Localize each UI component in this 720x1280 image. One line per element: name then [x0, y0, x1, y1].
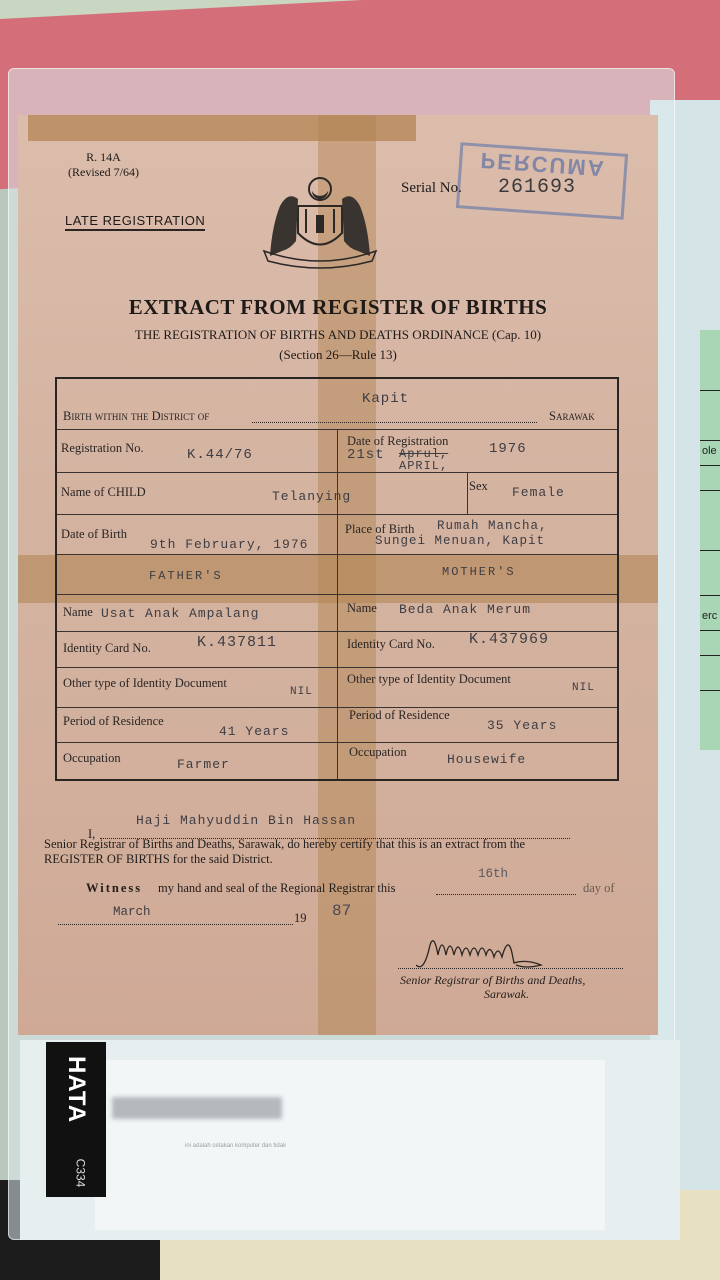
mother-occupation-label: Occupation — [349, 745, 407, 760]
form-fragment-text: ole — [702, 445, 717, 457]
district-value: Kapit — [362, 391, 409, 407]
witness-label: Witness — [86, 881, 142, 896]
day-value: 16th — [478, 867, 508, 881]
certification-line2: REGISTER OF BIRTHS for the said District… — [44, 852, 273, 867]
mother-other-doc-value: NIL — [572, 682, 595, 694]
serial-number: 261693 — [498, 176, 576, 199]
green-form-fragment: ole erc — [700, 330, 720, 750]
certification-line1: Senior Registrar of Births and Deaths, S… — [44, 837, 525, 852]
mother-residence-value: 35 Years — [487, 718, 557, 733]
envelope-label — [95, 1060, 605, 1230]
mother-ic-label: Identity Card No. — [347, 637, 435, 652]
blurred-caption: ini adalah cetakan komputer dan tidak — [185, 1143, 286, 1149]
sex-value: Female — [512, 485, 565, 500]
mother-ic-value: K.437969 — [469, 631, 549, 648]
year-value: 87 — [332, 902, 351, 920]
form-fragment-text: erc — [702, 610, 717, 622]
father-residence-label: Period of Residence — [63, 714, 164, 729]
place-of-birth-line2: Sungei Menuan, Kapit — [375, 534, 545, 548]
father-other-doc-label: Other type of Identity Document — [63, 676, 227, 691]
section-line: (Section 26—Rule 13) — [18, 347, 658, 363]
father-heading: FATHER'S — [149, 569, 223, 583]
date-of-birth-label: Date of Birth — [61, 527, 127, 542]
birth-certificate: R. 14A (Revised 7/64) LATE REGISTRATION … — [18, 115, 658, 1035]
place-of-birth-line1: Rumah Mancha, — [437, 519, 548, 533]
day-of-label: day of — [583, 881, 615, 896]
registration-no-label: Registration No. — [61, 441, 144, 456]
child-name-value: Telanying — [272, 489, 351, 504]
district-label: Birth within the District of — [63, 409, 209, 424]
child-name-label: Name of CHILD — [61, 485, 146, 500]
date-of-birth-value: 9th February, 1976 — [150, 537, 308, 552]
father-ic-value: K.437811 — [197, 634, 277, 651]
mother-residence-label: Period of Residence — [349, 708, 450, 723]
mother-name-value: Beda Anak Merum — [399, 602, 531, 617]
mother-other-doc-label: Other type of Identity Document — [347, 672, 511, 687]
state-label: Sarawak — [549, 409, 595, 424]
mother-occupation-value: Housewife — [447, 752, 526, 767]
registrar-name: Haji Mahyuddin Bin Hassan — [136, 813, 356, 828]
witness-text: my hand and seal of the Regional Registr… — [158, 881, 395, 896]
father-ic-label: Identity Card No. — [63, 641, 151, 656]
sex-label: Sex — [469, 479, 488, 494]
registration-no-value: K.44/76 — [187, 447, 253, 463]
form-code-number: R. 14A — [68, 150, 139, 165]
mother-heading: MOTHER'S — [442, 565, 516, 579]
document-title: EXTRACT FROM REGISTER OF BIRTHS — [18, 295, 658, 320]
father-name-value: Usat Anak Ampalang — [101, 606, 259, 621]
late-registration-heading: LATE REGISTRATION — [65, 213, 205, 231]
form-code: R. 14A (Revised 7/64) — [68, 150, 139, 180]
signature-place: Sarawak. — [484, 987, 529, 1002]
month-value: March — [113, 905, 151, 919]
hata-tag-number: C334 — [73, 1159, 87, 1188]
father-other-doc-value: NIL — [290, 686, 313, 698]
serial-label: Serial No. — [401, 180, 462, 197]
date-of-registration-month: APRIL, — [399, 459, 448, 473]
redacted-bar — [112, 1097, 282, 1119]
date-of-registration-year: 1976 — [489, 441, 527, 457]
hata-tag: HATA C334 — [46, 1042, 106, 1197]
ordinance-line: THE REGISTRATION OF BIRTHS AND DEATHS OR… — [18, 327, 658, 343]
date-of-registration-day: 21st — [347, 447, 385, 463]
father-occupation-label: Occupation — [63, 751, 121, 766]
father-occupation-value: Farmer — [177, 757, 230, 772]
signature-title: Senior Registrar of Births and Deaths, — [400, 973, 585, 988]
mother-name-label: Name — [347, 601, 377, 616]
father-name-label: Name — [63, 605, 93, 620]
coat-of-arms-icon — [260, 171, 380, 271]
register-table: Birth within the District of Kapit Saraw… — [55, 377, 619, 781]
father-residence-value: 41 Years — [219, 724, 289, 739]
form-revision: (Revised 7/64) — [68, 165, 139, 180]
year-prefix: 19 — [294, 911, 307, 926]
